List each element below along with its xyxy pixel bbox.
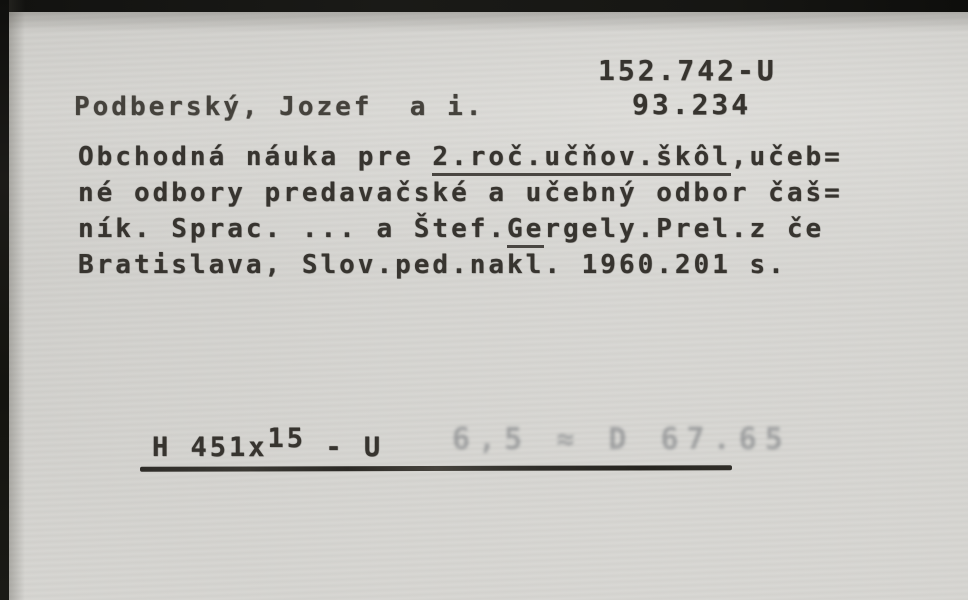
- title-line-2: né odbory predavačské a učebný odbor čaš…: [78, 178, 843, 208]
- paper-texture: [0, 0, 968, 600]
- title-line-1-post: ,učeb=: [731, 142, 843, 172]
- title-line-3: ník. Sprac. ... a Štef.Gergely.Prel.z če: [78, 214, 824, 244]
- title-line-4: Bratislava, Slov.ped.nakl. 1960.201 s.: [78, 250, 787, 280]
- shelfmark-post: - U: [306, 432, 383, 463]
- shelfmark-pre: H 451x: [152, 432, 268, 463]
- card-left-edge: [0, 0, 9, 600]
- library-catalog-card: 152.742-U 93.234 Podberský, Jozef a i. O…: [0, 0, 968, 600]
- card-top-edge: [0, 0, 968, 12]
- title-line-3-underlined: Ge: [507, 214, 544, 248]
- faint-stamp: 6,5 ≈ D 67.65: [452, 422, 791, 457]
- title-line-3-pre: ník. Sprac. ... a Štef.: [78, 214, 507, 244]
- card-left-edge-shadow: [9, 0, 25, 600]
- title-line-3-post: rgely.Prel.z če: [544, 214, 824, 244]
- title-line-1-underlined: 2.roč.učňov.škôl: [432, 142, 730, 176]
- card-top-edge-shadow: [0, 12, 968, 32]
- shelfmark: H 451x15 - U: [152, 432, 383, 463]
- classification-number: 152.742-U: [598, 54, 777, 87]
- title-line-1: Obchodná náuka pre 2.roč.učňov.škôl,učeb…: [78, 142, 843, 172]
- title-line-1-pre: Obchodná náuka pre: [78, 142, 432, 172]
- shelfmark-superscript: 15: [268, 423, 307, 454]
- shelfmark-underline: [140, 465, 732, 472]
- accession-number: 93.234: [632, 88, 751, 121]
- author-heading: Podberský, Jozef a i.: [74, 92, 484, 122]
